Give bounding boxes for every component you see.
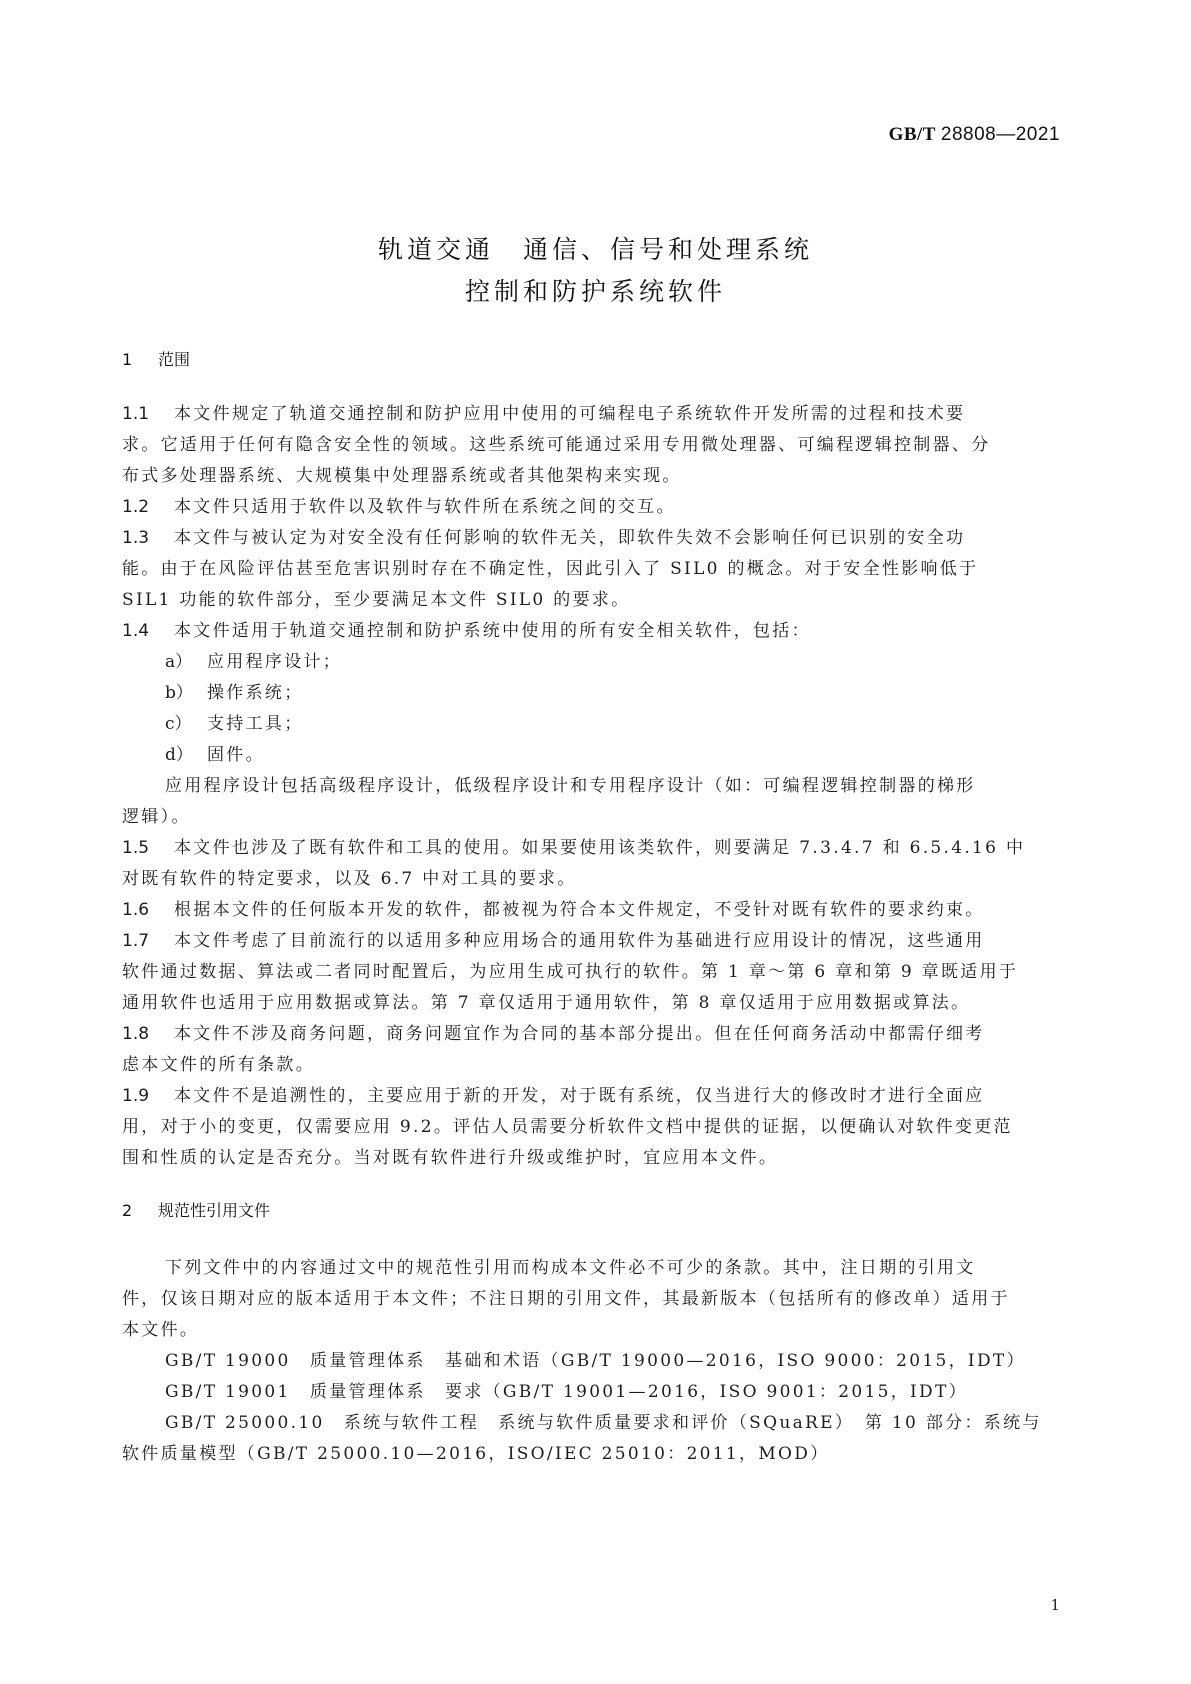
clause-text: 本文件也涉及了既有软件和工具的使用。如果要使用该类软件，则要满足 7.3.4.7… — [174, 838, 1025, 858]
clause-text-line: 能。由于在风险评估甚至危害识别时存在不确定性，因此引入了 SIL0 的概念。对于… — [122, 559, 990, 579]
clause-text: 本文件与被认定为对安全没有任何影响的软件无关，即软件失效不会影响任何已识别的安全… — [174, 528, 965, 548]
clause-number: 1.9 — [122, 1086, 174, 1106]
clause-text-line: 软件通过数据、算法或二者同时配置后，为应用生成可执行的软件。第 1 章～第 6 … — [122, 962, 990, 982]
clause-1-2: 1.2本文件只适用于软件以及软件与软件所在系统之间的交互。 — [122, 497, 990, 517]
clause-1-3: 1.3本文件与被认定为对安全没有任何影响的软件无关，即软件失效不会影响任何已识别… — [122, 528, 990, 548]
clause-text: 本文件不涉及商务问题，商务问题宜作为合同的基本部分提出。但在任何商务活动中都需仔… — [174, 1024, 985, 1044]
section-heading-normative-references: 2规范性引用文件 — [122, 1198, 270, 1221]
clause-number: 1.8 — [122, 1024, 174, 1044]
clause-1-4: 1.4本文件适用于轨道交通控制和防护系统中使用的所有安全相关软件，包括： — [122, 621, 990, 641]
clause-text: 本文件只适用于软件以及软件与软件所在系统之间的交互。 — [174, 497, 676, 517]
clause-text: 本文件不是追溯性的，主要应用于新的开发，对于既有系统，仅当进行大的修改时才进行全… — [174, 1086, 985, 1106]
clause-number: 1.3 — [122, 528, 174, 548]
normative-intro-line: 件，仅该日期对应的版本适用于本文件；不注日期的引用文件，其最新版本（包括所有的修… — [122, 1289, 990, 1309]
list-label: c） — [165, 714, 207, 734]
section-heading-scope: 1范围 — [122, 347, 190, 370]
clause-text: 根据本文件的任何版本开发的软件，都被视为符合本文件规定，不受针对既有软件的要求约… — [174, 900, 985, 920]
list-label: b） — [165, 683, 207, 703]
list-label: d） — [165, 745, 207, 765]
list-item: c）支持工具； — [165, 714, 1033, 734]
clause-text-line: 求。它适用于任何有隐含安全性的领域。这些系统可能通过采用专用微处理器、可编程逻辑… — [122, 435, 990, 455]
standard-code: GB/T 28808—2021 — [889, 124, 1060, 146]
normative-intro-line: 本文件。 — [122, 1320, 990, 1340]
list-text: 操作系统； — [207, 683, 304, 703]
reference-gbt-19000: GB/T 19000 质量管理体系 基础和术语（GB/T 19000—2016，… — [165, 1351, 1033, 1371]
clause-number: 1.7 — [122, 931, 174, 951]
reference-gbt-19001: GB/T 19001 质量管理体系 要求（GB/T 19001—2016，ISO… — [165, 1382, 1033, 1402]
clause-number: 1.6 — [122, 900, 174, 920]
standard-prefix: GB/T — [889, 124, 936, 145]
standard-number: 28808—2021 — [941, 124, 1060, 145]
section-number: 2 — [122, 1201, 158, 1220]
document-title-line2: 控制和防护系统软件 — [0, 272, 1191, 308]
clause-1-8: 1.8本文件不涉及商务问题，商务问题宜作为合同的基本部分提出。但在任何商务活动中… — [122, 1024, 990, 1044]
reference-gbt-25000-10-cont: 软件质量模型（GB/T 25000.10—2016，ISO/IEC 25010：… — [122, 1444, 990, 1464]
section-title: 规范性引用文件 — [158, 1201, 270, 1220]
section-title: 范围 — [158, 350, 190, 369]
clause-text-line: 虑本文件的所有条款。 — [122, 1055, 990, 1075]
document-title-line1: 轨道交通 通信、信号和处理系统 — [0, 230, 1191, 266]
list-text: 应用程序设计； — [207, 652, 342, 672]
clause-number: 1.5 — [122, 838, 174, 858]
list-item: d）固件。 — [165, 745, 1033, 765]
normative-intro-line: 下列文件中的内容通过文中的规范性引用而构成本文件必不可少的条款。其中，注日期的引… — [165, 1258, 1033, 1278]
clause-1-6: 1.6根据本文件的任何版本开发的软件，都被视为符合本文件规定，不受针对既有软件的… — [122, 900, 990, 920]
clause-note-line: 应用程序设计包括高级程序设计，低级程序设计和专用程序设计（如：可编程逻辑控制器的… — [165, 776, 1033, 796]
clause-1-9: 1.9本文件不是追溯性的，主要应用于新的开发，对于既有系统，仅当进行大的修改时才… — [122, 1086, 990, 1106]
clause-text-line: 通用软件也适用于应用数据或算法。第 7 章仅适用于通用软件，第 8 章仅适用于应… — [122, 993, 990, 1013]
clause-1-7: 1.7本文件考虑了目前流行的以适用多种应用场合的通用软件为基础进行应用设计的情况… — [122, 931, 990, 951]
clause-note-line: 逻辑）。 — [122, 807, 990, 827]
section-number: 1 — [122, 350, 158, 369]
list-text: 固件。 — [207, 745, 265, 765]
clause-number: 1.4 — [122, 621, 174, 641]
list-label: a） — [165, 652, 207, 672]
list-item: b）操作系统； — [165, 683, 1033, 703]
reference-gbt-25000-10: GB/T 25000.10 系统与软件工程 系统与软件质量要求和评价（SQuaR… — [165, 1413, 1033, 1433]
document-page: GB/T 28808—2021 轨道交通 通信、信号和处理系统 控制和防护系统软… — [0, 0, 1191, 1684]
clause-text: 本文件考虑了目前流行的以适用多种应用场合的通用软件为基础进行应用设计的情况，这些… — [174, 931, 985, 951]
page-number: 1 — [1050, 1596, 1060, 1614]
clause-text-line: SIL1 功能的软件部分，至少要满足本文件 SIL0 的要求。 — [122, 590, 990, 610]
clause-text: 本文件适用于轨道交通控制和防护系统中使用的所有安全相关软件，包括： — [174, 621, 811, 641]
clause-number: 1.1 — [122, 404, 174, 424]
list-text: 支持工具； — [207, 714, 304, 734]
clause-1-5: 1.5本文件也涉及了既有软件和工具的使用。如果要使用该类软件，则要满足 7.3.… — [122, 838, 990, 858]
clause-1-1: 1.1本文件规定了轨道交通控制和防护应用中使用的可编程电子系统软件开发所需的过程… — [122, 404, 990, 424]
clause-text-line: 围和性质的认定是否充分。当对既有软件进行升级或维护时，宜应用本文件。 — [122, 1148, 990, 1168]
clause-text-line: 用，对于小的变更，仅需要应用 9.2。评估人员需要分析软件文档中提供的证据，以便… — [122, 1117, 990, 1137]
clause-text-line: 对既有软件的特定要求，以及 6.7 中对工具的要求。 — [122, 869, 990, 889]
clause-number: 1.2 — [122, 497, 174, 517]
clause-text: 本文件规定了轨道交通控制和防护应用中使用的可编程电子系统软件开发所需的过程和技术… — [174, 404, 965, 424]
clause-text-line: 布式多处理器系统、大规模集中处理器系统或者其他架构来实现。 — [122, 466, 990, 486]
list-item: a）应用程序设计； — [165, 652, 1033, 672]
